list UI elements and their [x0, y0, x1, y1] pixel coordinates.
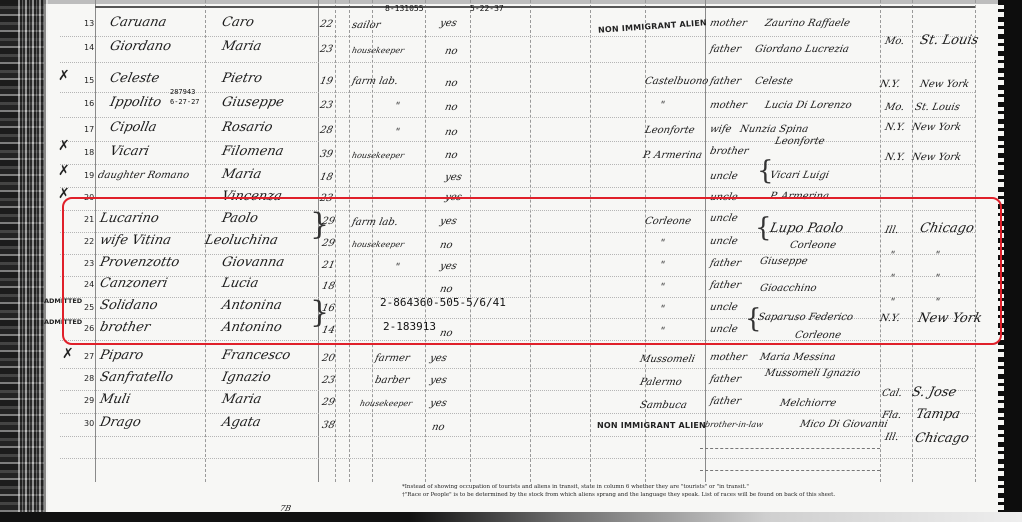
surname: Vicari	[109, 145, 151, 159]
literate: yes	[429, 353, 448, 364]
occupation: "	[394, 127, 401, 138]
state: N.Y.	[879, 79, 901, 90]
literate: no	[444, 46, 459, 57]
manifest-page: 13 Caruana Caro 22 sailor yes 8-131055 5…	[0, 0, 1022, 522]
literate: yes	[444, 172, 463, 183]
age: 23	[319, 44, 334, 55]
age: 18	[319, 172, 334, 183]
origin-town: Mussomeli	[639, 354, 696, 365]
footnote: *Instead of showing occupation of touris…	[402, 484, 749, 490]
row-rule	[60, 164, 975, 165]
age: 20	[321, 353, 336, 364]
state: Mo.	[884, 102, 906, 113]
city: New York	[911, 152, 962, 163]
scan-edge-top	[0, 0, 1022, 4]
cross-mark: ✗	[58, 138, 70, 154]
row-rule	[60, 413, 975, 414]
relative-name: Mico Di Giovanni	[799, 419, 889, 430]
age: 23	[321, 375, 336, 386]
row-number: 15	[84, 76, 94, 85]
age: 22	[319, 19, 334, 30]
non-immigrant-alien-stamp: NON IMMIGRANT ALIEN	[597, 421, 706, 430]
surname: Celeste	[109, 72, 161, 86]
occupation: "	[394, 101, 401, 112]
relative-name: Leonforte	[774, 136, 826, 147]
age: 38	[321, 420, 336, 431]
relative-relationship: mother	[709, 100, 748, 111]
occupation: sailor	[351, 20, 382, 31]
relative-relationship: father	[709, 76, 742, 87]
literate: no	[444, 102, 459, 113]
row-rule	[60, 436, 975, 437]
origin-town: Sambuca	[639, 400, 688, 411]
given-name: Francesco	[221, 349, 292, 363]
surname: Drago	[99, 416, 143, 430]
age: 23	[319, 100, 334, 111]
surname: daughter Romano	[97, 170, 190, 181]
page-mark: 7B	[279, 504, 292, 513]
relative-relationship: mother	[709, 352, 748, 363]
relative-name: Mussomeli Ignazio	[764, 368, 862, 379]
non-immigrant-alien-stamp: NON IMMIGRANT ALIEN	[598, 18, 707, 35]
state: N.Y.	[884, 152, 906, 163]
row-number: 13	[84, 19, 94, 28]
given-name: Ignazio	[221, 371, 272, 385]
origin-town: Castelbuono	[644, 76, 710, 87]
surname: Cipolla	[109, 121, 158, 135]
relative-name: Nunzia Spina	[739, 124, 809, 135]
row-rule	[60, 36, 975, 37]
city: St. Louis	[919, 34, 980, 48]
city: St. Louis	[914, 102, 961, 113]
state: Cal.	[881, 388, 903, 399]
relative-name: Melchiorre	[779, 398, 837, 409]
given-name: Pietro	[221, 72, 264, 86]
row-number: 27	[84, 352, 94, 361]
occupation: housekeeper	[351, 46, 405, 55]
relative-name: Zaurino Raffaele	[764, 18, 851, 29]
origin-town: Palermo	[639, 377, 683, 388]
occupation: farmer	[374, 353, 411, 364]
row-number: 18	[84, 148, 94, 157]
relative-relationship: father	[709, 396, 742, 407]
age: 39	[319, 149, 334, 160]
row-rule	[60, 62, 975, 63]
highlight-box-rows-21-26	[62, 197, 1002, 345]
city: S. Jose	[911, 386, 958, 400]
row-number: 29	[84, 396, 94, 405]
given-name: Maria	[221, 168, 263, 182]
literate: yes	[429, 398, 448, 409]
relative-relationship: father	[709, 44, 742, 55]
city: Chicago	[914, 432, 971, 446]
relative-relationship: father	[709, 374, 742, 385]
surname: Muli	[99, 393, 132, 407]
row-rule	[60, 187, 975, 188]
surname: Caruana	[109, 16, 168, 30]
occupation: barber	[374, 375, 411, 386]
relative-relationship: wife	[709, 124, 733, 135]
footnote: †"Race or People" is to be determined by…	[402, 492, 835, 498]
literate: no	[431, 422, 446, 433]
row-number: 16	[84, 99, 94, 108]
state: Mo.	[884, 36, 906, 47]
literate: no	[444, 150, 459, 161]
row-rule	[60, 117, 975, 118]
row-number: 17	[84, 125, 94, 134]
annotation-date: 5-22-37	[470, 4, 504, 13]
age: 28	[319, 125, 334, 136]
annotation-date: 6-27-27	[170, 98, 200, 106]
state: N.Y.	[884, 122, 906, 133]
occupation: housekeeper	[351, 151, 405, 160]
surname: Sanfratello	[99, 371, 175, 385]
city: New York	[919, 79, 970, 90]
row-rule	[60, 92, 975, 93]
age: 19	[319, 76, 334, 87]
surname: Piparo	[99, 349, 145, 363]
cross-mark: ✗	[58, 68, 70, 84]
literate: no	[444, 127, 459, 138]
origin-town: P. Armerina	[642, 150, 703, 161]
literate: no	[444, 78, 459, 89]
row-rule	[60, 141, 975, 142]
relative-name: Maria Messina	[759, 352, 837, 363]
row-rule	[60, 390, 975, 391]
given-name: Giuseppe	[221, 96, 286, 110]
relative-relationship: brother-in-law	[704, 420, 764, 429]
relative-relationship: mother	[709, 18, 748, 29]
row-number: 19	[84, 171, 94, 180]
given-name: Rosario	[221, 121, 274, 135]
relative-relationship: uncle	[709, 171, 739, 182]
relative-name: Celeste	[754, 76, 794, 87]
cross-mark: ✗	[62, 346, 74, 362]
given-name: Filomena	[221, 145, 285, 159]
given-name: Maria	[221, 393, 263, 407]
scan-edge-bottom	[0, 512, 1022, 522]
relative-name: Vicari Luigi	[769, 170, 830, 181]
occupation: farm lab.	[351, 76, 399, 87]
annotation-number: 287943	[170, 88, 195, 96]
age: 29	[321, 397, 336, 408]
cross-mark: ✗	[58, 163, 70, 179]
row-number: 30	[84, 419, 94, 428]
origin-town: "	[659, 100, 666, 111]
scan-edge-left-noise	[18, 0, 48, 522]
row-rule	[700, 470, 880, 471]
row-number: 28	[84, 374, 94, 383]
origin-town: Leonforte	[644, 125, 696, 136]
header-rule	[95, 6, 975, 8]
city: New York	[911, 122, 962, 133]
given-name: Agata	[221, 416, 262, 430]
annotation-number: 8-131055	[385, 4, 424, 13]
brace: {	[757, 158, 774, 184]
occupation: housekeeper	[359, 399, 413, 408]
given-name: Caro	[221, 16, 256, 30]
city: Tampa	[915, 408, 962, 422]
relative-name: Lucia Di Lorenzo	[764, 100, 853, 111]
literate: yes	[439, 18, 458, 29]
surname: Ippolito	[109, 96, 163, 110]
given-name: Maria	[221, 40, 263, 54]
relative-name: Giordano Lucrezia	[754, 44, 850, 55]
row-rule	[60, 458, 975, 459]
literate: yes	[429, 375, 448, 386]
relative-relationship: brother	[709, 146, 750, 157]
state: Ill.	[884, 432, 900, 443]
row-number: 14	[84, 43, 94, 52]
row-rule	[700, 448, 880, 449]
surname: Giordano	[109, 40, 173, 54]
